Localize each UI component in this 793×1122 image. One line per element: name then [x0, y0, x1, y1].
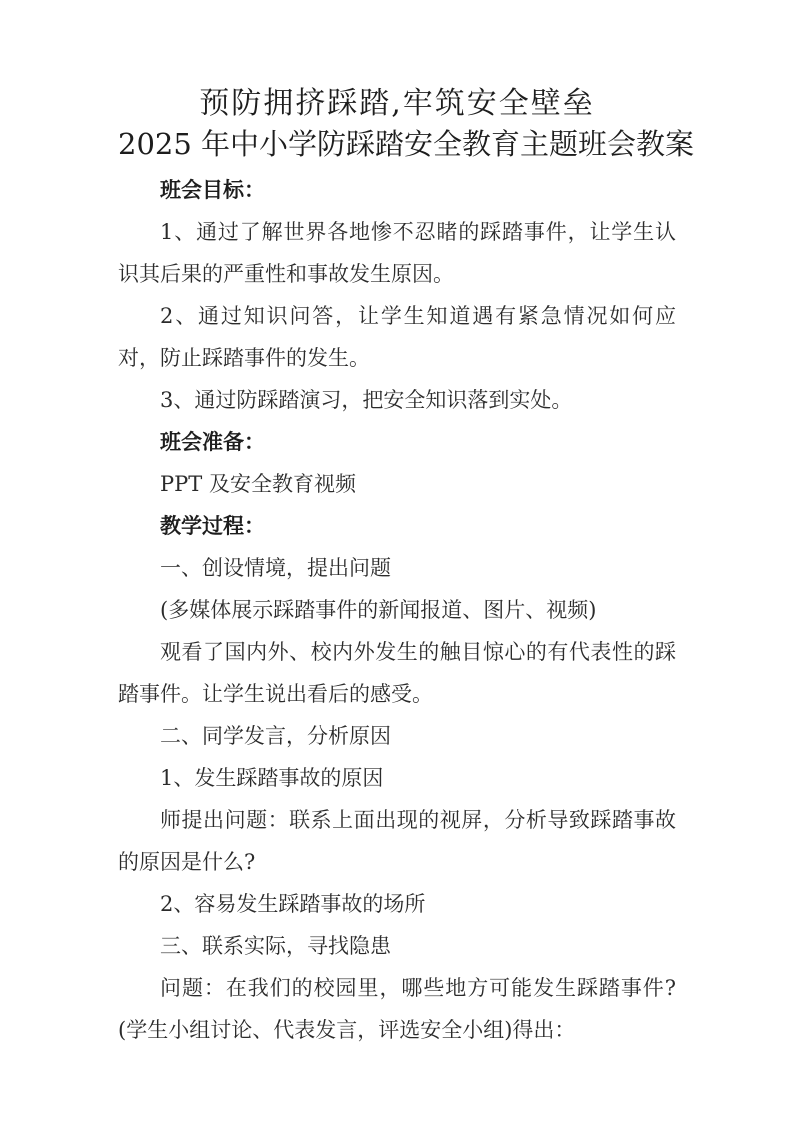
paragraph: 1、发生踩踏事故的原因: [118, 757, 676, 799]
section-heading: 班会目标：: [118, 169, 676, 211]
paragraph: 二、同学发言，分析原因: [118, 715, 676, 757]
paragraph: (多媒体展示踩踏事件的新闻报道、图片、视频): [118, 589, 676, 631]
document-body: 班会目标： 1、通过了解世界各地惨不忍睹的踩踏事件，让学生认识其后果的严重性和事…: [118, 169, 676, 1051]
document-title: 预防拥挤踩踏,牢筑安全壁垒: [118, 84, 676, 124]
paragraph: 观看了国内外、校内外发生的触目惊心的有代表性的踩踏事件。让学生说出看后的感受。: [118, 631, 676, 715]
paragraph: 师提出问题：联系上面出现的视屏，分析导致踩踏事故的原因是什么?: [118, 799, 676, 883]
document-subtitle: 2025 年中小学防踩踏安全教育主题班会教案: [118, 124, 676, 164]
paragraph: 问题：在我们的校园里，哪些地方可能发生踩踏事件?(学生小组讨论、代表发言，评选安…: [118, 967, 676, 1051]
section-heading: 教学过程：: [118, 505, 676, 547]
paragraph: 2、通过知识问答，让学生知道遇有紧急情况如何应对，防止踩踏事件的发生。: [118, 295, 676, 379]
section-heading: 班会准备：: [118, 421, 676, 463]
paragraph: PPT 及安全教育视频: [118, 463, 676, 505]
paragraph: 三、联系实际，寻找隐患: [118, 925, 676, 967]
paragraph: 2、容易发生踩踏事故的场所: [118, 883, 676, 925]
paragraph: 一、创设情境，提出问题: [118, 547, 676, 589]
document-page: 预防拥挤踩踏,牢筑安全壁垒 2025 年中小学防踩踏安全教育主题班会教案 班会目…: [0, 0, 793, 1122]
paragraph: 3、通过防踩踏演习，把安全知识落到实处。: [118, 379, 676, 421]
paragraph: 1、通过了解世界各地惨不忍睹的踩踏事件，让学生认识其后果的严重性和事故发生原因。: [118, 211, 676, 295]
document-content: 预防拥挤踩踏,牢筑安全壁垒 2025 年中小学防踩踏安全教育主题班会教案 班会目…: [118, 84, 676, 1051]
